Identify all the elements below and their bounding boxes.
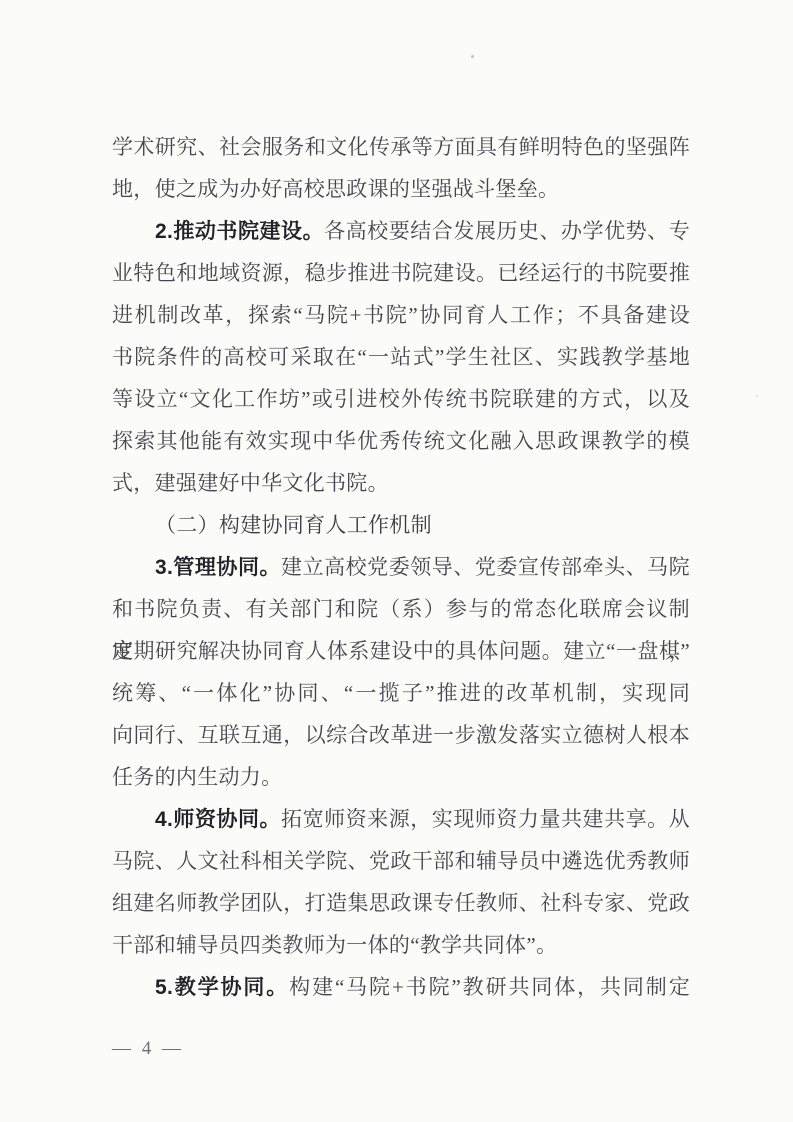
text-run: 各高校要结合发展历史、办学优势、专	[324, 219, 690, 243]
text-run: 业特色和地域资源，稳步推进书院建设。已经运行的书院要推	[112, 261, 690, 285]
text-run: 统筹、“一体化”协同、“一揽子”推进的改革机制，实现同	[112, 681, 690, 705]
text-line: 2.推动书院建设。各高校要结合发展历史、办学优势、专	[112, 210, 690, 252]
text-line: 业特色和地域资源，稳步推进书院建设。已经运行的书院要推	[112, 252, 690, 294]
text-run: 组建名师教学团队，打造集思政课专任教师、社科专家、党政	[112, 891, 690, 915]
text-run: 探索其他能有效实现中华优秀传统文化融入思政课教学的模	[112, 429, 690, 453]
document-page: 学术研究、社会服务和文化传承等方面具有鲜明特色的坚强阵地，使之成为办好高校思政课…	[0, 0, 793, 1122]
text-line: 组建名师教学团队，打造集思政课专任教师、社科专家、党政	[112, 882, 690, 924]
text-line: 统筹、“一体化”协同、“一揽子”推进的改革机制，实现同	[112, 672, 690, 714]
text-run: 等设立“文化工作坊”或引进校外传统书院联建的方式，以及	[112, 387, 690, 411]
document-body: 学术研究、社会服务和文化传承等方面具有鲜明特色的坚强阵地，使之成为办好高校思政课…	[112, 126, 690, 1008]
text-line: 马院、人文社科相关学院、党政干部和辅导员中遴选优秀教师	[112, 840, 690, 882]
text-run: 构建“马院+书院”教研共同体，共同制定	[289, 975, 690, 999]
scan-speck	[756, 395, 758, 397]
text-line: 学术研究、社会服务和文化传承等方面具有鲜明特色的坚强阵	[112, 126, 690, 168]
text-run: 式，建强建好中华文化书院。	[112, 471, 389, 495]
text-run: 向同行、互联互通，以综合改革进一步激发落实立德树人根本	[112, 723, 690, 747]
text-line: 和书院负责、有关部门和院（系）参与的常态化联席会议制度，	[112, 588, 690, 630]
text-line: 5.教学协同。构建“马院+书院”教研共同体，共同制定	[112, 966, 690, 1008]
text-run: 任务的内生动力。	[112, 765, 282, 789]
text-line: 定期研究解决协同育人体系建设中的具体问题。建立“一盘棋”	[112, 630, 690, 672]
text-run: 学术研究、社会服务和文化传承等方面具有鲜明特色的坚强阵	[112, 135, 690, 159]
text-line: 探索其他能有效实现中华优秀传统文化融入思政课教学的模	[112, 420, 690, 462]
bold-run: 4.师资协同。	[155, 808, 281, 831]
text-run: 地，使之成为办好高校思政课的坚强战斗堡垒。	[112, 177, 559, 201]
text-run: 马院、人文社科相关学院、党政干部和辅导员中遴选优秀教师	[112, 849, 690, 873]
bold-run: 5.教学协同。	[155, 976, 289, 999]
text-line: 书院条件的高校可采取在“一站式”学生社区、实践教学基地	[112, 336, 690, 378]
text-run: 进机制改革，探索“马院+书院”协同育人工作；不具备建设	[112, 303, 690, 327]
text-line: 式，建强建好中华文化书院。	[112, 462, 690, 504]
text-line: 地，使之成为办好高校思政课的坚强战斗堡垒。	[112, 168, 690, 210]
text-run: （二）构建协同育人工作机制	[155, 513, 432, 537]
bold-run: 3.管理协同。	[155, 556, 281, 579]
text-run: 干部和辅导员四类教师为一体的“教学共同体”。	[112, 933, 557, 957]
text-line: 干部和辅导员四类教师为一体的“教学共同体”。	[112, 924, 690, 966]
text-line: 进机制改革，探索“马院+书院”协同育人工作；不具备建设	[112, 294, 690, 336]
text-line: 任务的内生动力。	[112, 756, 690, 798]
text-run: 建立高校党委领导、党委宣传部牵头、马院	[281, 555, 690, 579]
text-line: 向同行、互联互通，以综合改革进一步激发落实立德树人根本	[112, 714, 690, 756]
section-heading: （二）构建协同育人工作机制	[112, 504, 690, 546]
page-number: — 4 —	[112, 1038, 184, 1060]
text-line: 等设立“文化工作坊”或引进校外传统书院联建的方式，以及	[112, 378, 690, 420]
text-line: 4.师资协同。拓宽师资来源，实现师资力量共建共享。从	[112, 798, 690, 840]
scan-speck	[471, 55, 474, 58]
text-run: 拓宽师资来源，实现师资力量共建共享。从	[281, 807, 690, 831]
text-run: 定期研究解决协同育人体系建设中的具体问题。建立“一盘棋”	[112, 639, 690, 663]
bold-run: 2.推动书院建设。	[155, 220, 324, 243]
text-run: 书院条件的高校可采取在“一站式”学生社区、实践教学基地	[112, 345, 690, 369]
text-line: 3.管理协同。建立高校党委领导、党委宣传部牵头、马院	[112, 546, 690, 588]
